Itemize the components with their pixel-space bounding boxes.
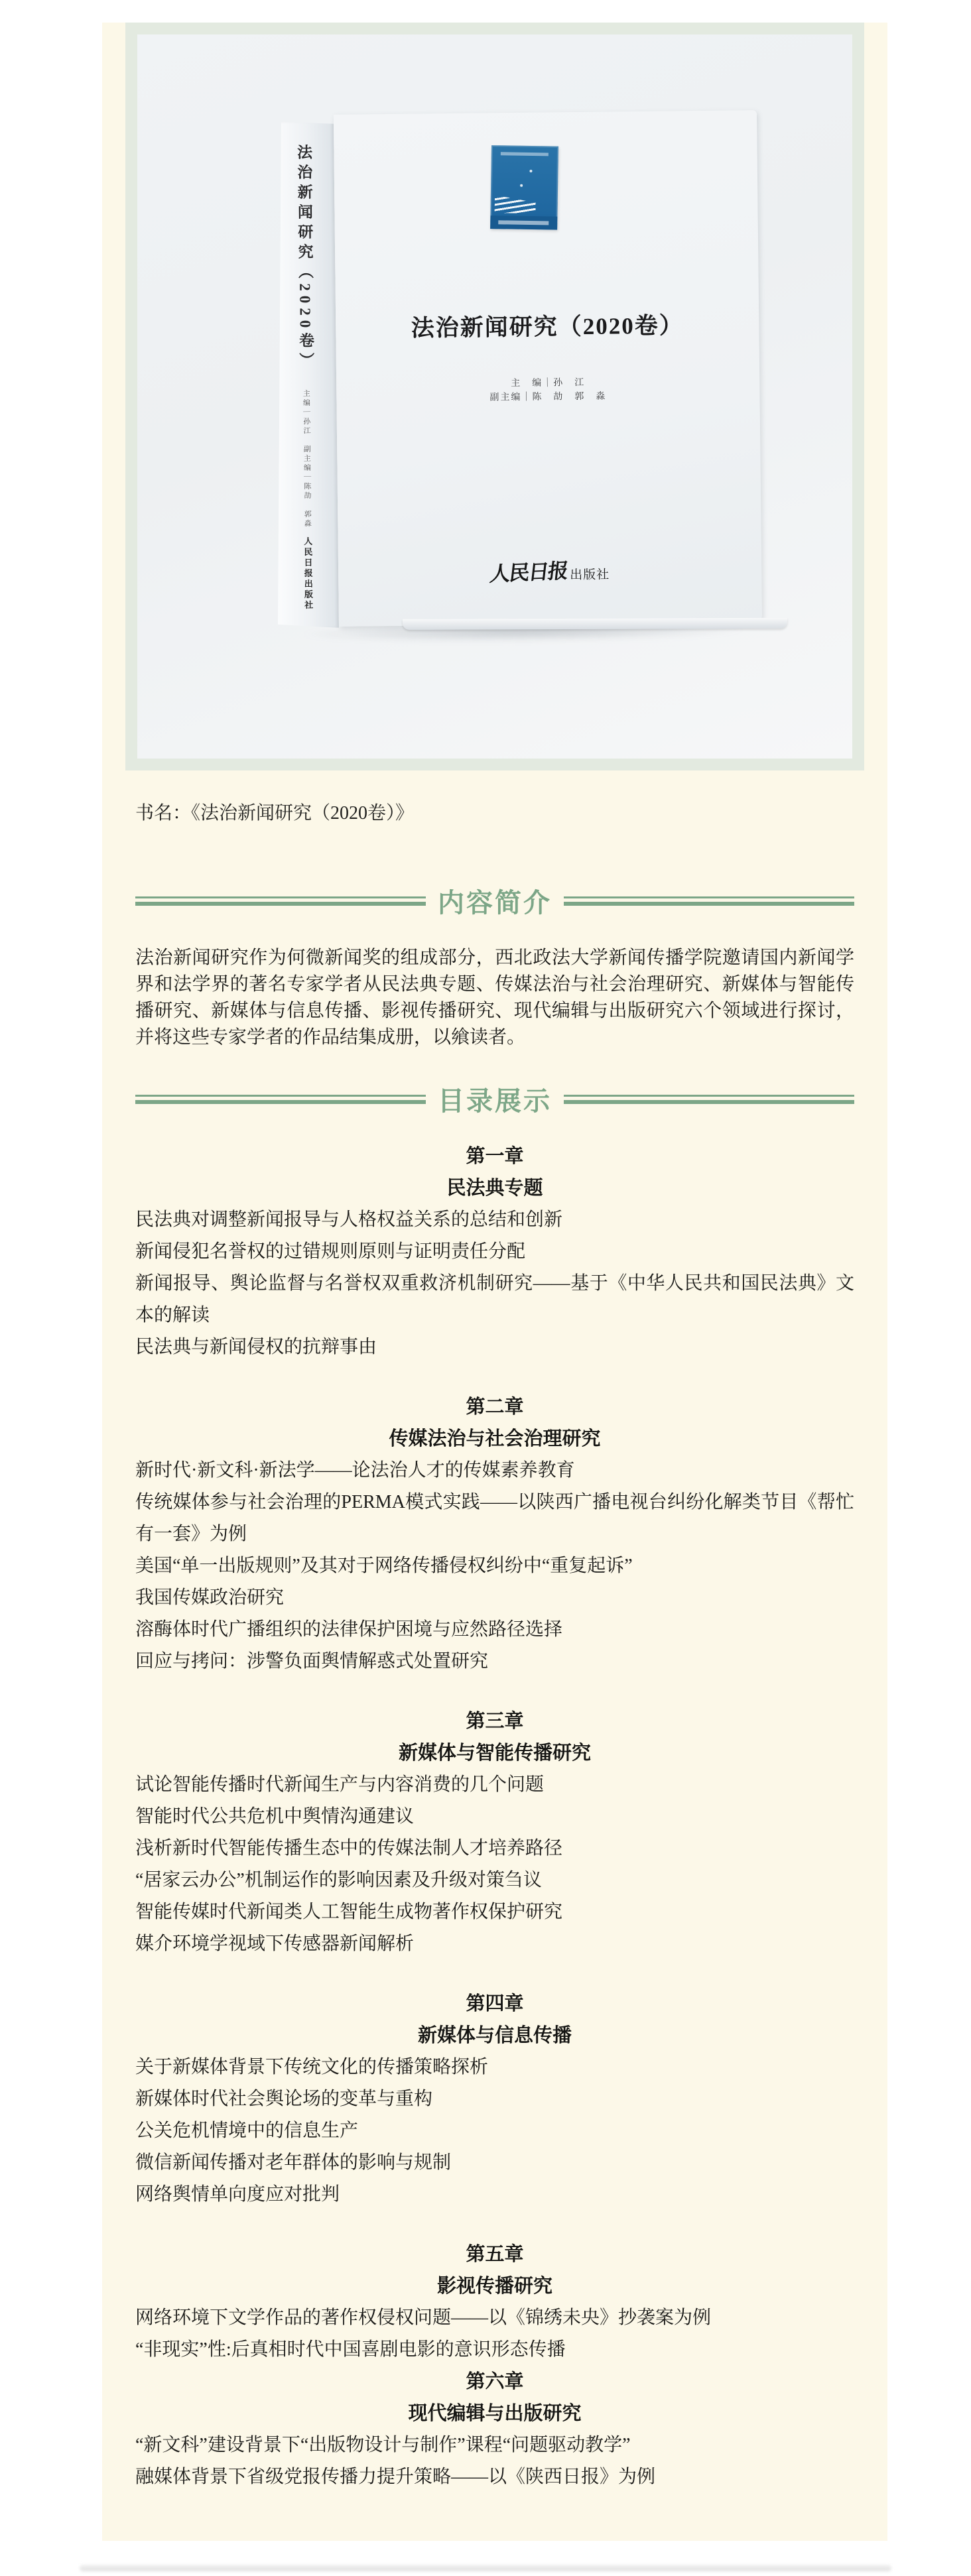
chapter-number: 第三章 xyxy=(135,1705,854,1737)
toc-item: “居家云办公”机制运作的影响因素及升级对策刍议 xyxy=(135,1865,854,1896)
header-double-rule-left xyxy=(135,896,426,906)
toc-item: “非现实”性:后真相时代中国喜剧电影的意识形态传播 xyxy=(135,2334,854,2366)
toc-item: 美国“单一出版规则”及其对于网络传播侵权纠纷中“重复起诉” xyxy=(135,1550,854,1582)
logo-star-dot xyxy=(529,170,532,172)
header-double-rule-left xyxy=(135,1095,426,1104)
toc-item: 我国传媒政治研究 xyxy=(135,1582,854,1614)
content-card: 法治新闻研究（2020卷） 主编｜孙江 副主编｜陈劼 郭淼 人民日报出版社 xyxy=(102,23,887,2541)
book-cover-title: 法治新闻研究（2020卷） xyxy=(336,306,759,344)
toc-item: 微信新闻传播对老年群体的影响与规制 xyxy=(135,2147,854,2179)
toc-chapter-3: 第三章 新媒体与智能传播研究 试论智能传播时代新闻生产与内容消费的几个问题 智能… xyxy=(135,1705,854,1960)
toc-chapter-6: 第六章 现代编辑与出版研究 “新文科”建设背景下“出版物设计与制作”课程“问题驱… xyxy=(135,2366,854,2493)
toc-section-header: 目录展示 xyxy=(135,1080,854,1118)
toc-item: 民法典对调整新闻报导与人格权益关系的总结和创新 xyxy=(135,1204,854,1236)
toc-item: “新文科”建设背景下“出版物设计与制作”课程“问题驱动教学” xyxy=(135,2429,854,2461)
toc-item: 融媒体背景下省级党报传播力提升策略——以《陕西日报》为例 xyxy=(135,2461,854,2493)
header-double-rule-right xyxy=(564,1095,854,1104)
toc-item: 媒介环境学视域下传感器新闻解析 xyxy=(135,1928,854,1960)
chapter-number: 第六章 xyxy=(135,2366,854,2398)
logo-star-dot xyxy=(520,184,523,187)
book-photo-background: 法治新闻研究（2020卷） 主编｜孙江 副主编｜陈劼 郭淼 人民日报出版社 xyxy=(137,34,852,759)
intro-paragraph: 法治新闻研究作为何微新闻奖的组成部分，西北政法大学新闻传播学院邀请国内新闻学界和… xyxy=(135,945,854,1051)
toc-item: 回应与拷问：涉警负面舆情解惑式处置研究 xyxy=(135,1646,854,1678)
logo-band-text-mark xyxy=(498,220,549,225)
toc-item: 关于新媒体背景下传统文化的传播策略探析 xyxy=(135,2052,854,2083)
toc-item: 网络环境下文学作品的著作权侵权问题——以《锦绣未央》抄袭案为例 xyxy=(135,2302,854,2334)
table-of-contents: 第一章 民法典专题 民法典对调整新闻报导与人格权益关系的总结和创新 新闻侵犯名誉… xyxy=(135,1140,854,2493)
toc-item: 传统媒体参与社会治理的PERMA模式实践——以陕西广播电视台纠纷化解类节目《帮忙… xyxy=(135,1487,854,1550)
logo-building-stripes xyxy=(494,193,535,214)
chapter-title: 传媒法治与社会治理研究 xyxy=(135,1423,854,1455)
toc-item: 溶酶体时代广播组织的法律保护困境与应然路径选择 xyxy=(135,1614,854,1646)
toc-item: 公关危机情境中的信息生产 xyxy=(135,2115,854,2147)
toc-item: 网络舆情单向度应对批判 xyxy=(135,2179,854,2211)
chapter-number: 第二章 xyxy=(135,1391,854,1423)
logo-top-text-mark xyxy=(501,152,549,156)
book-photo-frame: 法治新闻研究（2020卷） 主编｜孙江 副主编｜陈劼 郭淼 人民日报出版社 xyxy=(125,23,864,770)
chapter-number: 第四章 xyxy=(135,1988,854,2020)
chapter-title: 现代编辑与出版研究 xyxy=(135,2398,854,2429)
chapter-title: 新媒体与智能传播研究 xyxy=(135,1737,854,1769)
toc-section-title: 目录展示 xyxy=(426,1080,564,1118)
book-editors: 主 编｜孙 江 副主编｜陈 劼 郭 淼 xyxy=(336,374,759,406)
toc-item: 浅析新时代智能传播生态中的传媒法制人才培养路径 xyxy=(135,1833,854,1865)
toc-item: 民法典与新闻侵权的抗辩事由 xyxy=(135,1331,854,1363)
book-spine: 法治新闻研究（2020卷） 主编｜孙江 副主编｜陈劼 郭淼 人民日报出版社 xyxy=(273,121,339,629)
toc-chapter-4: 第四章 新媒体与信息传播 关于新媒体背景下传统文化的传播策略探析 新媒体时代社会… xyxy=(135,1988,854,2211)
book-publisher-mark: 人民日报 出版社 xyxy=(338,553,761,587)
book-spine-publisher: 人民日报出版社 xyxy=(301,536,314,611)
book-3d-mock: 法治新闻研究（2020卷） 主编｜孙江 副主编｜陈劼 郭淼 人民日报出版社 xyxy=(273,110,762,634)
chapter-title: 影视传播研究 xyxy=(135,2270,854,2302)
toc-chapter-5: 第五章 影视传播研究 网络环境下文学作品的著作权侵权问题——以《锦绣未央》抄袭案… xyxy=(135,2239,854,2366)
toc-item: 试论智能传播时代新闻生产与内容消费的几个问题 xyxy=(135,1769,854,1801)
toc-chapter-2: 第二章 传媒法治与社会治理研究 新时代·新文科·新法学——论法治人才的传媒素养教… xyxy=(135,1391,854,1678)
publisher-series-logo-icon xyxy=(490,145,558,230)
toc-item: 新闻侵犯名誉权的过错规则原则与证明责任分配 xyxy=(135,1236,854,1268)
toc-item: 智能时代公共危机中舆情沟通建议 xyxy=(135,1801,854,1833)
chapter-number: 第一章 xyxy=(135,1140,854,1172)
toc-item: 新时代·新文科·新法学——论法治人才的传媒素养教育 xyxy=(135,1455,854,1487)
chapter-title: 民法典专题 xyxy=(135,1172,854,1204)
intro-section-title: 内容简介 xyxy=(426,882,564,920)
book-spine-editors: 主编｜孙江 副主编｜陈劼 郭淼 xyxy=(300,389,312,528)
chapter-title: 新媒体与信息传播 xyxy=(135,2020,854,2052)
toc-item: 智能传媒时代新闻类人工智能生成物著作权保护研究 xyxy=(135,1896,854,1928)
toc-item: 新闻报导、舆论监督与名誉权双重救济机制研究——基于《中华人民共和国民法典》文本的… xyxy=(135,1268,854,1331)
book-front-cover: 法治新闻研究（2020卷） 主 编｜孙 江 副主编｜陈 劼 郭 淼 人民日报 出… xyxy=(334,110,762,627)
logo-bottom-band xyxy=(490,215,557,230)
book-page-block xyxy=(403,618,787,630)
toc-chapter-1: 第一章 民法典专题 民法典对调整新闻报导与人格权益关系的总结和创新 新闻侵犯名誉… xyxy=(135,1140,854,1363)
book-spine-title: 法治新闻研究（2020卷） xyxy=(292,144,317,372)
book-name-caption: 书名：《法治新闻研究（2020卷）》 xyxy=(135,801,854,826)
bottom-shadow-divider xyxy=(80,2565,891,2571)
chapter-number: 第五章 xyxy=(135,2239,854,2270)
header-double-rule-right xyxy=(564,896,854,906)
publisher-script-logo: 人民日报 xyxy=(488,554,569,587)
intro-section-header: 内容简介 xyxy=(135,882,854,920)
publisher-suffix: 出版社 xyxy=(570,568,610,583)
toc-item: 新媒体时代社会舆论场的变革与重构 xyxy=(135,2083,854,2115)
